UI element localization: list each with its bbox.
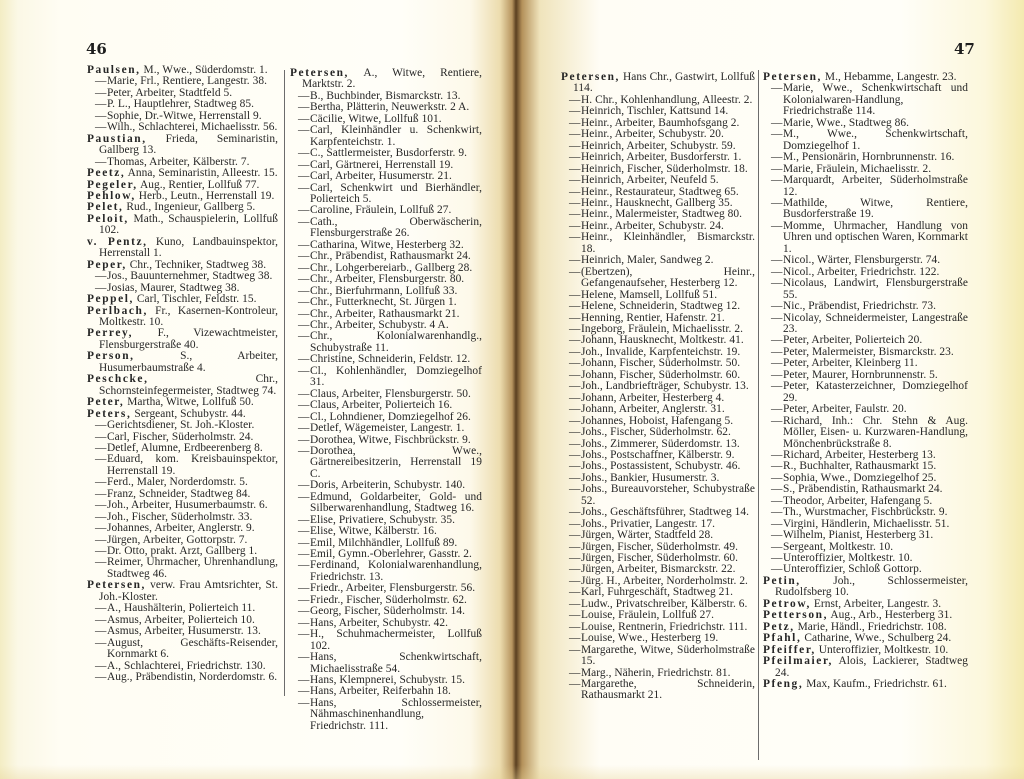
ditto-dash: — (569, 507, 581, 518)
directory-sub-entry: —Margarethe, Witwe, Süderholmstraße 15. (561, 645, 755, 668)
directory-entry: Peloit, Math., Schauspielerin, Lollfuß 1… (87, 214, 278, 237)
entry-text: Emil, Gymn.-Oberlehrer, Gasstr. 2. (310, 548, 472, 560)
entry-text: Joh., Arbeiter, Husumerbaumstr. 6. (107, 499, 268, 511)
directory-sub-entry: —Richard, Inh.: Chr. Stehn & Aug. Möller… (763, 416, 968, 450)
entry-text: Heinr., Arbeiter, Schubystr. 24. (581, 220, 724, 232)
entry-text: Rud., Ingenieur, Gallberg 5. (126, 201, 255, 213)
entry-text: S., Präbendistin, Rathausmarkt 24. (783, 483, 943, 495)
entry-text: Ernst, Arbeiter, Langestr. 3. (814, 598, 941, 610)
entry-text: Heinr., Kleinhändler, Bismarckstr. 18. (581, 231, 755, 254)
entry-surname: Pfeilmaier, (763, 655, 833, 667)
ditto-dash: — (771, 404, 783, 415)
directory-sub-entry: —Dorothea, Wwe., Gärtnereibesitzerin, He… (290, 446, 482, 480)
entry-text: Eduard, kom. Kreisbauinspektor, Herrenst… (107, 453, 278, 476)
entry-text: Peter, Katasterzeichner, Domziegelhof 29… (783, 380, 968, 403)
entry-surname: Pfahl, (763, 632, 801, 644)
ditto-dash: — (771, 507, 783, 518)
entry-text: Johannes, Hoboist, Hafengang 5. (581, 415, 733, 427)
ditto-dash: — (298, 698, 310, 709)
entry-surname: Petersen, (763, 71, 822, 83)
entry-text: Henning, Rentier, Hafenstr. 21. (581, 312, 725, 324)
entry-text: Carl, Schenkwirt und Bierhändler, Polier… (310, 182, 482, 205)
entry-text: Elise, Witwe, Kälberstr. 16. (310, 525, 437, 537)
entry-text: Joh., Invalide, Karpfenteichstr. 19. (581, 346, 740, 358)
entry-text: Hans, Arbeiter, Reiferbahn 18. (310, 685, 451, 697)
entry-text: Hans, Schenkwirtschaft, Michaelisstraße … (310, 651, 482, 674)
entry-text: M., Wwe., Süderdomstr. 1. (144, 64, 268, 76)
ditto-dash: — (298, 400, 310, 411)
entry-text: Johs., Privatier, Langestr. 17. (581, 518, 715, 530)
entry-text: Peter, Maurer, Hornbrunnenstr. 5. (783, 369, 938, 381)
entry-text: Heinr., Restaurateur, Stadtweg 65. (581, 186, 739, 198)
directory-sub-entry: —Ferdinand, Kolonialwarenhandlung, Fried… (290, 560, 482, 583)
directory-entry: Petersen, Hans Chr., Gastwirt, Lollfuß 1… (561, 72, 755, 95)
entry-surname: Perrey, (87, 327, 133, 339)
entry-text: P. L., Hauptlehrer, Stadtweg 85. (107, 98, 254, 110)
ditto-dash: — (771, 381, 783, 392)
entry-text: Nicolay, Schneidermeister, Langestraße 2… (783, 312, 968, 335)
entry-surname: v. Pentz, (87, 236, 148, 248)
entry-text: Carl, Tischler, Feldstr. 15. (137, 293, 257, 305)
ditto-dash: — (95, 420, 107, 431)
directory-sub-entry: —M., Wwe., Schenkwirtschaft, Domziegelho… (763, 129, 968, 152)
ditto-dash: — (298, 217, 310, 228)
ditto-dash: — (298, 148, 310, 159)
directory-column: Paulsen, M., Wwe., Süderdomstr. 1.—Marie… (87, 65, 278, 683)
directory-sub-entry: —Carl, Schenkwirt und Bierhändler, Polie… (290, 183, 482, 206)
ditto-dash: — (569, 152, 581, 163)
entry-text: Chr., Arbeiter, Schubystr. 4 A. (310, 319, 449, 331)
column-divider (758, 70, 759, 760)
entry-text: Peter, Arbeiter, Polierteich 20. (783, 334, 922, 346)
entry-text: Heinrich, Fischer, Süderholmstr. 18. (581, 163, 748, 175)
ditto-dash: — (771, 530, 783, 541)
entry-text: Chr., Lohgerbereiarb., Gallberg 28. (310, 262, 472, 274)
entry-surname: Petersen, (561, 71, 620, 83)
entry-text: Heinrich, Arbeiter, Neufeld 5. (581, 174, 719, 186)
ditto-dash: — (298, 183, 310, 194)
entry-text: Detlef, Alumne, Erdbeerenberg 8. (107, 442, 263, 454)
ditto-dash: — (95, 557, 107, 568)
entry-text: Bertha, Plätterin, Neuwerkstr. 2 A. (310, 101, 469, 113)
entry-text: Jürgen, Wärter, Stadtfeld 28. (581, 529, 713, 541)
entry-text: Ferdinand, Kolonialwarenhandlung, Friedr… (310, 559, 482, 582)
entry-surname: Peppel, (87, 293, 134, 305)
directory-sub-entry: —Margarethe, Schneiderin, Rathausmarkt 2… (561, 679, 755, 702)
entry-text: Johann, Arbeiter, Anglerstr. 31. (581, 403, 725, 415)
entry-text: Chr., Arbeiter, Flensburgerstr. 80. (310, 273, 464, 285)
ditto-dash: — (771, 416, 783, 427)
entry-text: Cath., Oberwäscherin, Flensburgerstraße … (310, 216, 482, 239)
ditto-dash: — (298, 274, 310, 285)
entry-text: Chr., Arbeiter, Rathausmarkt 21. (310, 308, 460, 320)
directory-sub-entry: —Momme, Uhrmacher, Handlung von Uhren un… (763, 221, 968, 255)
entry-text: Aug., Arb., Hesterberg 31. (830, 609, 952, 621)
directory-column: Petersen, M., Hebamme, Langestr. 23.—Mar… (763, 72, 968, 690)
entry-text: Jürgen, Arbeiter, Gottorpstr. 7. (107, 534, 247, 546)
directory-sub-entry: —Heinr., Kleinhändler, Bismarckstr. 18. (561, 232, 755, 255)
entry-text: H., Schuhmachermeister, Lollfuß 102. (310, 628, 482, 651)
entry-text: Jürgen, Fischer, Süderholmstr. 60. (581, 552, 738, 564)
directory-sub-entry: —H., Schuhmachermeister, Lollfuß 102. (290, 629, 482, 652)
ditto-dash: — (771, 129, 783, 140)
entry-surname: Petersen, (87, 579, 146, 591)
directory-sub-entry: —Aug., Präbendistin, Norderdomstr. 6. (87, 672, 278, 683)
entry-text: Dorothea, Wwe., Gärtnereibesitzerin, Her… (310, 445, 482, 480)
entry-text: Friedr., Arbeiter, Flensburgerstr. 56. (310, 582, 475, 594)
entry-text: Th., Wurstmacher, Fischbrückstr. 9. (783, 506, 948, 518)
entry-text: Theodor, Arbeiter, Hafengang 5. (783, 495, 932, 507)
ditto-dash: — (298, 492, 310, 503)
entry-text: Thomas, Arbeiter, Kälberstr. 7. (107, 156, 250, 168)
ditto-dash: — (771, 221, 783, 232)
entry-text: Claus, Arbeiter, Polierteich 16. (310, 399, 452, 411)
ditto-dash: — (569, 301, 581, 312)
entry-text: Heinrich, Tischler, Kattsund 14. (581, 105, 728, 117)
page-number: 46 (86, 40, 107, 58)
entry-text: Josias, Maurer, Stadtweg 38. (107, 282, 240, 294)
entry-text: Joh., Schlossermeister, Rudolfsberg 10. (775, 575, 968, 598)
entry-surname: Paulsen, (87, 64, 141, 76)
entry-text: Joh., Landbriefträger, Schubystr. 13. (581, 380, 749, 392)
directory-entry: Peschcke, Chr., Schornsteinfegermeister,… (87, 374, 278, 397)
entry-text: Helene, Mamsell, Lollfuß 51. (581, 289, 717, 301)
entry-text: Gerichtsdiener, St. Joh.-Kloster. (107, 419, 254, 431)
entry-text: Asmus, Arbeiter, Husumerstr. 13. (107, 625, 261, 637)
entry-surname: Petersen, (290, 67, 349, 79)
entry-surname: Peloit, (87, 213, 129, 225)
ditto-dash: — (298, 331, 310, 342)
entry-text: Richard, Inh.: Chr. Stehn & Aug. Möller,… (783, 415, 968, 450)
entry-text: Hans, Schlossermeister, Nähmaschinenhand… (310, 697, 482, 732)
entry-text: Aug., Rentier, Lollfuß 77. (140, 179, 259, 191)
entry-text: Peter, Arbeiter, Stadtfeld 5. (107, 87, 232, 99)
entry-text: Dorothea, Witwe, Fischbrückstr. 9. (310, 434, 471, 446)
entry-text: Edmund, Goldarbeiter, Gold- und Silberwa… (310, 491, 482, 514)
ditto-dash: — (95, 626, 107, 637)
directory-sub-entry: —Mathilde, Witwe, Rentiere, Busdorferstr… (763, 198, 968, 221)
entry-text: Christine, Schneiderin, Feldstr. 12. (310, 353, 470, 365)
entry-surname: Pelet, (87, 201, 123, 213)
ditto-dash: — (771, 83, 783, 94)
directory-sub-entry: —Cath., Oberwäscherin, Flensburgerstraße… (290, 217, 482, 240)
entry-text: Margarethe, Witwe, Süderholmstraße 15. (581, 644, 755, 667)
entry-text: Marg., Näherin, Friedrichstr. 81. (581, 667, 731, 679)
entry-surname: Peschcke, (87, 373, 149, 385)
entry-surname: Peetz, (87, 167, 125, 179)
ditto-dash: — (569, 530, 581, 541)
entry-text: Louise, Fräulein, Lollfuß 27. (581, 609, 714, 621)
ditto-dash: — (569, 255, 581, 266)
entry-surname: Peper, (87, 259, 127, 271)
directory-sub-entry: —(Ebertzen), Heinr., Gefangenaufseher, H… (561, 267, 755, 290)
entry-text: Ingeborg, Fräulein, Michaelisstr. 2. (581, 323, 743, 335)
entry-text: Friedr., Fischer, Süderholmstr. 62. (310, 594, 467, 606)
entry-surname: Peters, (87, 408, 131, 420)
directory-entry: Petin, Joh., Schlossermeister, Rudolfsbe… (763, 576, 968, 599)
entry-text: Peter, Arbeiter, Faulstr. 20. (783, 403, 907, 415)
ditto-dash: — (298, 297, 310, 308)
entry-text: C., Sattlermeister, Busdorferstr. 9. (310, 147, 467, 159)
entry-text: Marie, Wwe., Stadtweg 86. (783, 117, 909, 129)
entry-text: Aug., Präbendistin, Norderdomstr. 6. (107, 671, 277, 683)
entry-text: M., Pensionärin, Hornbrunnenstr. 16. (783, 151, 954, 163)
entry-text: Ferd., Maler, Norderdomstr. 5. (107, 476, 248, 488)
entry-text: Elise, Privatiere, Schubystr. 35. (310, 514, 455, 526)
entry-text: Heinr., Arbeiter, Schubystr. 20. (581, 128, 724, 140)
ditto-dash: — (771, 255, 783, 266)
directory-sub-entry: —Nicolay, Schneidermeister, Langestraße … (763, 313, 968, 336)
entry-text: Chr., Futterknecht, St. Jürgen 1. (310, 296, 457, 308)
entry-surname: Peter, (87, 396, 124, 408)
ditto-dash: — (771, 278, 783, 289)
directory-sub-entry: —Eduard, kom. Kreisbauinspektor, Herrens… (87, 454, 278, 477)
ditto-dash: — (771, 198, 783, 209)
directory-sub-entry: —Peter, Katasterzeichner, Domziegelhof 2… (763, 381, 968, 404)
entry-text: (Ebertzen), Heinr., Gefangenaufseher, He… (581, 266, 755, 289)
entry-text: A., Haushälterin, Polierteich 11. (107, 602, 255, 614)
entry-text: Claus, Arbeiter, Flensburgerstr. 50. (310, 388, 471, 400)
directory-column: Petersen, A., Witwe, Rentiere, Marktstr.… (290, 68, 482, 732)
entry-text: Jürgen, Arbeiter, Bismarckstr. 22. (581, 563, 735, 575)
ditto-dash: — (569, 645, 581, 656)
ditto-dash: — (771, 301, 783, 312)
entry-text: Unteroffizier, Moltkestr. 10. (819, 644, 949, 656)
entry-text: Virgini, Händlerin, Michaelisstr. 51. (783, 518, 949, 530)
entry-text: Detlef, Wägemeister, Langestr. 1. (310, 422, 464, 434)
ditto-dash: — (569, 175, 581, 186)
entry-text: Carl, Arbeiter, Husumerstr. 21. (310, 170, 452, 182)
entry-text: Cl., Lohndiener, Domziegelhof 26. (310, 411, 471, 423)
ditto-dash: — (569, 129, 581, 140)
directory-entry: v. Pentz, Kuno, Landbauinspektor, Herren… (87, 237, 278, 260)
ditto-dash: — (298, 366, 310, 377)
ditto-dash: — (569, 633, 581, 644)
entry-text: Catharine, Wwe., Schulberg 24. (804, 632, 951, 644)
entry-text: A., Schlachterei, Friedrichstr. 130. (107, 660, 266, 672)
entry-text: M., Hebamme, Langestr. 23. (825, 71, 957, 83)
entry-text: Peter, Arbeiter, Kleinberg 11. (783, 357, 918, 369)
entry-text: Sophia, Wwe., Domziegelhof 25. (783, 472, 936, 484)
book-spread: 46 Paulsen, M., Wwe., Süderdomstr. 1.—Ma… (0, 0, 1024, 779)
entry-text: Dr. Otto, prakt. Arzt, Gallberg 1. (107, 545, 257, 557)
ditto-dash: — (95, 500, 107, 511)
entry-text: Nicol., Wärter, Flensburgerstr. 74. (783, 254, 940, 266)
entry-text: Johs., Zimmerer, Süderdomstr. 13. (581, 438, 740, 450)
entry-text: Marie, Händl., Friedrichstr. 108. (798, 621, 947, 633)
entry-text: Ludw., Privatschreiber, Kälberstr. 6. (581, 598, 747, 610)
ditto-dash: — (95, 271, 107, 282)
directory-entry: Perrey, F., Vizewachtmeister, Flensburge… (87, 328, 278, 351)
entry-text: Emil, Milchhändler, Lollfuß 89. (310, 537, 457, 549)
entry-text: Johs., Bureauvorsteher, Schubystraße 52. (581, 483, 755, 506)
entry-text: Sergeant, Schubystr. 44. (134, 408, 245, 420)
ditto-dash: — (569, 404, 581, 415)
ditto-dash: — (298, 629, 310, 640)
entry-text: M., Wwe., Schenkwirtschaft, Domziegelhof… (783, 128, 968, 151)
directory-sub-entry: —Hans, Schlossermeister, Nähmaschinenhan… (290, 698, 482, 732)
directory-sub-entry: —Hans, Schenkwirtschaft, Michaelisstraße… (290, 652, 482, 675)
directory-sub-entry: —August, Geschäfts-Reisender, Kornmarkt … (87, 638, 278, 661)
entry-text: Chr., Kolonialwarenhandlg., Schubystraße… (310, 330, 482, 353)
entry-text: Johs., Postassistent, Schubystr. 46. (581, 460, 740, 472)
ditto-dash: — (95, 454, 107, 465)
entry-text: Nicol., Arbeiter, Friedrichstr. 122. (783, 266, 939, 278)
entry-text: Hans, Klempnerei, Schubystr. 15. (310, 674, 465, 686)
directory-sub-entry: —Nicolaus, Landwirt, Flensburgerstraße 5… (763, 278, 968, 301)
ditto-dash: — (569, 427, 581, 438)
ditto-dash: — (298, 125, 310, 136)
entry-text: Marquardt, Arbeiter, Süderholmstraße 12. (783, 174, 968, 197)
entry-surname: Perlbach, (87, 305, 148, 317)
entry-text: Johann, Fischer, Süderholmstr. 50. (581, 357, 740, 369)
entry-text: Doris, Arbeiterin, Schubystr. 140. (310, 479, 465, 491)
entry-surname: Petin, (763, 575, 801, 587)
ditto-dash: — (95, 672, 107, 683)
directory-sub-entry: —Reimer, Uhrmacher, Uhrenhandlung, Stadt… (87, 557, 278, 580)
ditto-dash: — (569, 679, 581, 690)
entry-text: Karl, Fuhrgeschäft, Stadtweg 21. (581, 586, 733, 598)
entry-text: Chr., Präbendist, Rathausmarkt 24. (310, 250, 471, 262)
entry-surname: Pfeng, (763, 678, 803, 690)
directory-sub-entry: —Chr., Kolonialwarenhandlg., Schubystraß… (290, 331, 482, 354)
ditto-dash: — (298, 423, 310, 434)
entry-text: Herb., Leutn., Herrenstall 19. (139, 190, 275, 202)
entry-text: Cl., Kohlenhändler, Domziegelhof 31. (310, 365, 482, 388)
entry-text: Reimer, Uhrmacher, Uhrenhandlung, Stadtw… (107, 556, 278, 579)
entry-text: Heinrich, Maler, Sandweg 2. (581, 254, 713, 266)
ditto-dash: — (771, 175, 783, 186)
entry-text: Heinr., Malermeister, Stadtweg 80. (581, 208, 742, 220)
entry-text: Johs., Geschäftsführer, Stadtweg 14. (581, 506, 749, 518)
entry-text: Max, Kaufm., Friedrichstr. 61. (806, 678, 947, 690)
ditto-dash: — (569, 484, 581, 495)
entry-text: B., Buchbinder, Bismarckstr. 13. (310, 90, 460, 102)
ditto-dash: — (95, 638, 107, 649)
entry-text: Hans, Arbeiter, Schubystr. 42. (310, 617, 448, 629)
entry-surname: Pfeiffer, (763, 644, 816, 656)
ditto-dash: — (298, 251, 310, 262)
entry-text: Asmus, Arbeiter, Polierteich 10. (107, 614, 255, 626)
entry-text: Franz, Schneider, Stadtweg 84. (107, 488, 250, 500)
entry-surname: Petz, (763, 621, 795, 633)
entry-text: Richard, Arbeiter, Hesterberg 13. (783, 449, 936, 461)
ditto-dash: — (771, 313, 783, 324)
entry-text: Martha, Witwe, Lollfuß 50. (127, 396, 254, 408)
entry-text: Helene, Schneiderin, Stadtweg 12. (581, 300, 740, 312)
entry-text: Wilh., Schlachterei, Michaelisstr. 56. (107, 121, 277, 133)
entry-text: Heinrich, Arbeiter, Schubystr. 59. (581, 140, 736, 152)
directory-column: Petersen, Hans Chr., Gastwirt, Lollfuß 1… (561, 72, 755, 702)
entry-text: Johs., Postschaffner, Kälberstr. 9. (581, 449, 735, 461)
directory-sub-entry: —Edmund, Goldarbeiter, Gold- und Silberw… (290, 492, 482, 515)
page-number: 47 (954, 40, 975, 58)
entry-text: Momme, Uhrmacher, Handlung von Uhren und… (783, 220, 968, 255)
directory-entry: Pfeng, Max, Kaufm., Friedrichstr. 61. (763, 679, 968, 690)
entry-text: Unteroffizier, Moltkestr. 10. (783, 552, 913, 564)
ditto-dash: — (569, 232, 581, 243)
directory-sub-entry: —Marie, Wwe., Schenkwirtschaft und Kolon… (763, 83, 968, 117)
ditto-dash: — (298, 652, 310, 663)
column-divider (284, 70, 285, 696)
ditto-dash: — (298, 171, 310, 182)
entry-text: Carl, Kleinhändler u. Schenkwirt, Karpfe… (310, 124, 482, 147)
right-page: 47 Petersen, Hans Chr., Gastwirt, Lollfu… (516, 0, 1024, 779)
entry-text: Heinr., Arbeiter, Baumhofsgang 2. (581, 117, 739, 129)
entry-text: Johann, Hausknecht, Moltkestr. 41. (581, 334, 744, 346)
entry-text: Wilhelm, Pianist, Hesterberg 31. (783, 529, 933, 541)
entry-text: Johannes, Arbeiter, Anglerstr. 9. (107, 522, 255, 534)
left-page: 46 Paulsen, M., Wwe., Süderdomstr. 1.—Ma… (0, 0, 512, 779)
page-bottom-edge (0, 765, 1024, 779)
entry-surname: Paustian, (87, 133, 147, 145)
entry-text: Marie, Fräulein, Michaelisstr. 2. (783, 163, 931, 175)
entry-surname: Petterson, (763, 609, 828, 621)
entry-surname: Petrow, (763, 598, 811, 610)
entry-text: Unteroffizier, Schloß Gottorp. (783, 563, 922, 575)
ditto-dash: — (569, 381, 581, 392)
entry-text: Louise, Rentnerin, Friedrichstr. 111. (581, 621, 747, 633)
directory-entry: Petersen, A., Witwe, Rentiere, Marktstr.… (290, 68, 482, 91)
directory-entry: Paustian, Frieda, Seminaristin, Gallberg… (87, 134, 278, 157)
entry-text: Georg, Fischer, Süderholmstr. 14. (310, 605, 465, 617)
entry-text: Louise, Wwe., Hesterberg 19. (581, 632, 718, 644)
entry-text: Jürgen, Fischer, Süderholmstr. 49. (581, 541, 738, 553)
entry-text: Chr., Techniker, Stadtweg 38. (130, 259, 266, 271)
entry-text: Sergeant, Moltkestr. 10. (783, 541, 893, 553)
directory-sub-entry: —Cl., Kohlenhändler, Domziegelhof 31. (290, 366, 482, 389)
directory-sub-entry: —Marquardt, Arbeiter, Süderholmstraße 12… (763, 175, 968, 198)
entry-surname: Pehlow, (87, 190, 136, 202)
ditto-dash: — (298, 446, 310, 457)
entry-text: Jürg. H., Arbeiter, Norderholmstr. 2. (581, 575, 748, 587)
ditto-dash: — (298, 560, 310, 571)
entry-text: Nic., Präbendist, Friedrichstr. 73. (783, 300, 936, 312)
entry-text: Marie, Frl., Rentiere, Langestr. 38. (107, 75, 267, 87)
entry-text: Chr., Bierfuhrmann, Lollfuß 33. (310, 285, 457, 297)
entry-text: Marie, Wwe., Schenkwirtschaft und Koloni… (783, 82, 968, 117)
ditto-dash: — (298, 526, 310, 537)
entry-text: Heinrich, Arbeiter, Busdorferstr. 1. (581, 151, 741, 163)
entry-text: R., Buchhalter, Rathausmarkt 15. (783, 460, 936, 472)
entry-text: Caroline, Fräulein, Lollfuß 27. (310, 204, 451, 216)
directory-entry: Pfeilmaier, Alois, Lackierer, Stadtweg 2… (763, 656, 968, 679)
entry-text: Jos., Bauunternehmer, Stadtweg 38. (107, 270, 272, 282)
entry-text: Mathilde, Witwe, Rentiere, Busdorferstra… (783, 197, 968, 220)
entry-surname: Person, (87, 350, 135, 362)
entry-surname: Pegeler, (87, 179, 138, 191)
entry-text: Peter, Malermeister, Bismarckstr. 23. (783, 346, 954, 358)
directory-entry: Perlbach, Fr., Kasernen-Kontroleur, Molt… (87, 306, 278, 329)
directory-sub-entry: —Johs., Bureauvorsteher, Schubystraße 52… (561, 484, 755, 507)
entry-text: Johs., Fischer, Süderholmstr. 62. (581, 426, 731, 438)
entry-text: Anna, Seminaristin, Alleestr. 15. (128, 167, 278, 179)
entry-text: Catharina, Witwe, Hesterberg 32. (310, 239, 464, 251)
entry-text: Nicolaus, Landwirt, Flensburgerstraße 55… (783, 277, 968, 300)
directory-sub-entry: —Carl, Kleinhändler u. Schenkwirt, Karpf… (290, 125, 482, 148)
directory-entry: Petersen, verw. Frau Amtsrichter, St. Jo… (87, 580, 278, 603)
entry-text: Sophie, Dr.-Witwe, Herrenstall 9. (107, 110, 262, 122)
entry-text: Joh., Fischer, Süderholmstr. 33. (107, 511, 252, 523)
entry-text: Cäcilie, Witwe, Lollfuß 101. (310, 113, 442, 125)
directory-entry: Person, S., Arbeiter, Husumerbaumstraße … (87, 351, 278, 374)
entry-text: August, Geschäfts-Reisender, Kornmarkt 6… (107, 637, 278, 660)
entry-text: Johann, Fischer, Süderholmstr. 60. (581, 369, 740, 381)
entry-text: Johann, Arbeiter, Hesterberg 4. (581, 392, 724, 404)
ditto-dash: — (95, 523, 107, 534)
entry-text: Margarethe, Schneiderin, Rathausmarkt 21… (581, 678, 755, 701)
entry-text: Heinr., Hausknecht, Gallberg 35. (581, 197, 733, 209)
